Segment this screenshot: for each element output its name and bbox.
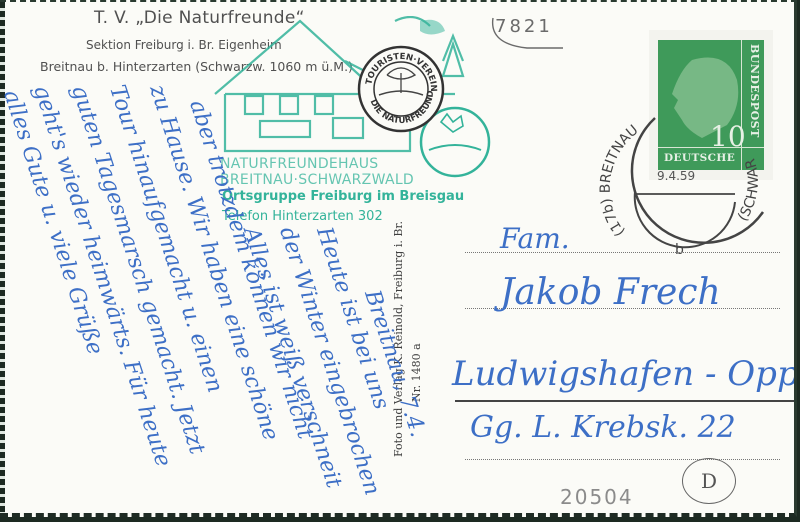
pencil-number: 20504	[560, 485, 634, 509]
svg-text:(17b) BREITNAU: (17b) BREITNAU	[598, 122, 642, 239]
postmark-icon: (17b) BREITNAU (SCHWARZW) 9.4.59 b	[595, 102, 765, 262]
address-street: Gg. L. Krebsk. 22	[470, 410, 736, 445]
scalloped-edge	[0, 2, 5, 513]
green-stamp-line2: BREITNAU·SCHWARZWALD	[220, 172, 414, 188]
address-underline	[455, 400, 795, 402]
catalog-number: 7821	[495, 16, 553, 37]
svg-text:b: b	[675, 242, 684, 258]
address-city: Ludwigshafen - Oppau	[452, 354, 797, 394]
svg-text:9.4.59: 9.4.59	[657, 169, 695, 183]
address-recipient-name: Jakob Frech	[500, 272, 721, 313]
touristen-verein-seal-icon: TOURISTEN·VEREIN DIE NATURFREUNDE	[357, 45, 445, 133]
svg-text:(SCHWARZW): (SCHWARZW)	[595, 102, 762, 224]
address-line-4	[465, 459, 780, 460]
postcard-back: T. V. „Die Naturfreunde“ Sektion Freibur…	[0, 0, 797, 517]
green-stamp-line1: NATURFREUNDEHAUS	[220, 156, 379, 172]
address-recipient-prefix: Fam.	[500, 222, 570, 255]
green-stamp-line3: Ortsgruppe Freiburg im Breisgau	[222, 189, 464, 204]
circled-letter: D	[682, 458, 736, 504]
